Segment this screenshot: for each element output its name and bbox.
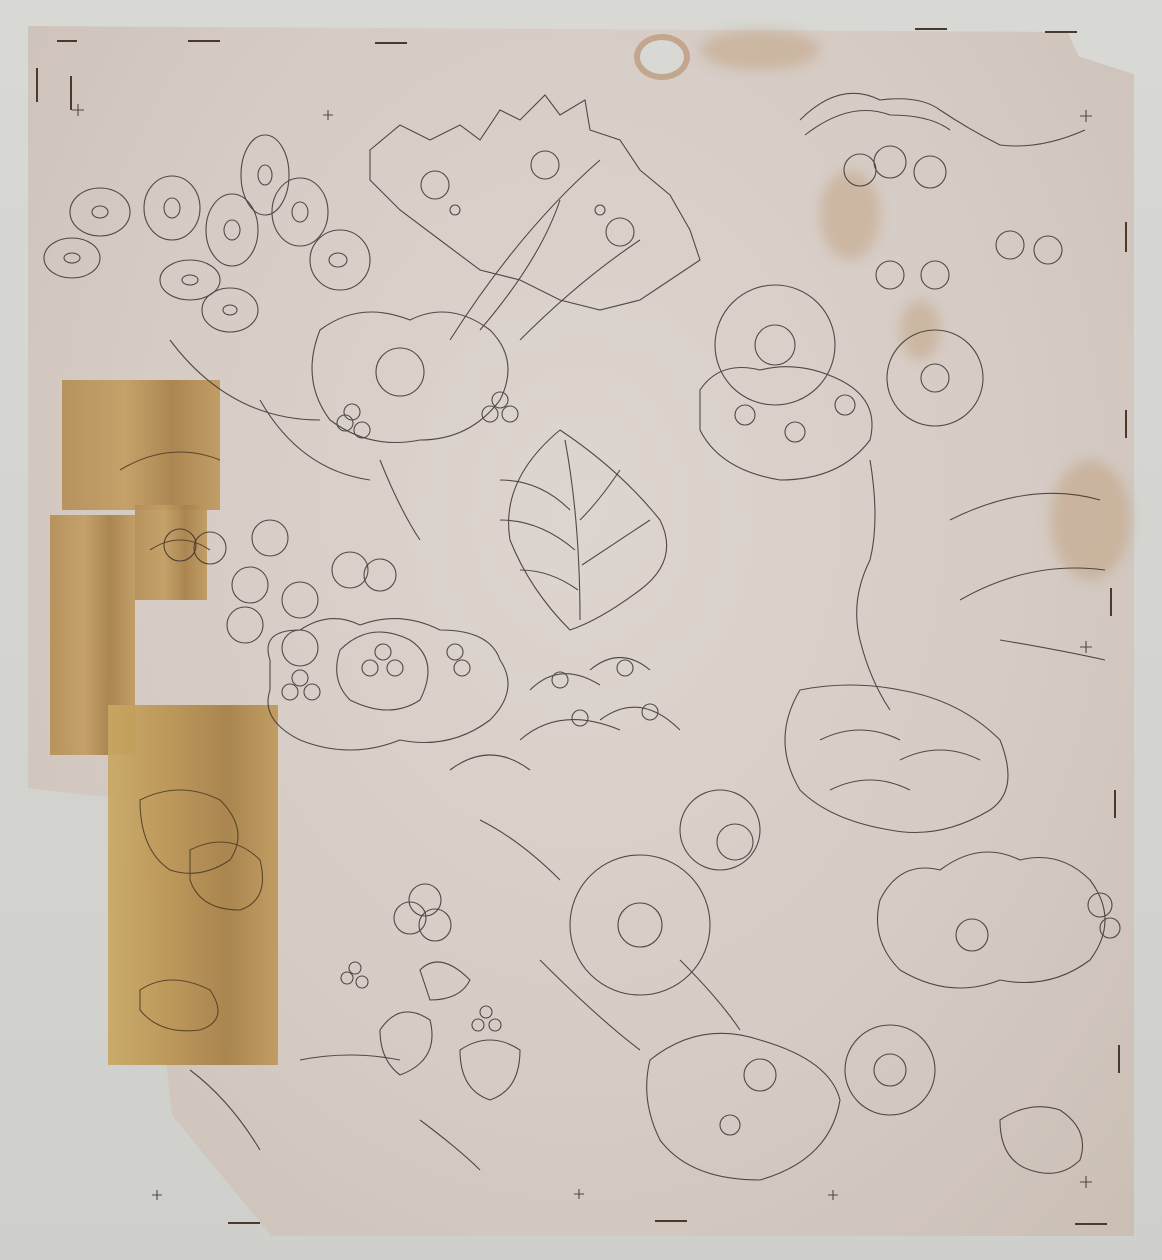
lower-lotus — [394, 790, 760, 1050]
small-daisy-cluster — [164, 520, 396, 666]
registration-marks — [72, 104, 1092, 1200]
right-branch — [785, 460, 1105, 833]
center-daisies — [450, 658, 680, 771]
floral-drawing — [0, 0, 1162, 1260]
paisley-cluster — [44, 135, 370, 332]
peony-flower — [170, 312, 518, 540]
fern-leaf — [500, 430, 667, 630]
lower-right-flowers — [647, 852, 1120, 1180]
daisy-flowers — [700, 285, 983, 480]
vine-scroll — [800, 93, 1085, 289]
bell-flowers — [190, 962, 520, 1170]
spiky-paisley — [370, 95, 700, 340]
cloud-flower — [268, 619, 508, 750]
taped-flowers — [120, 452, 263, 1031]
